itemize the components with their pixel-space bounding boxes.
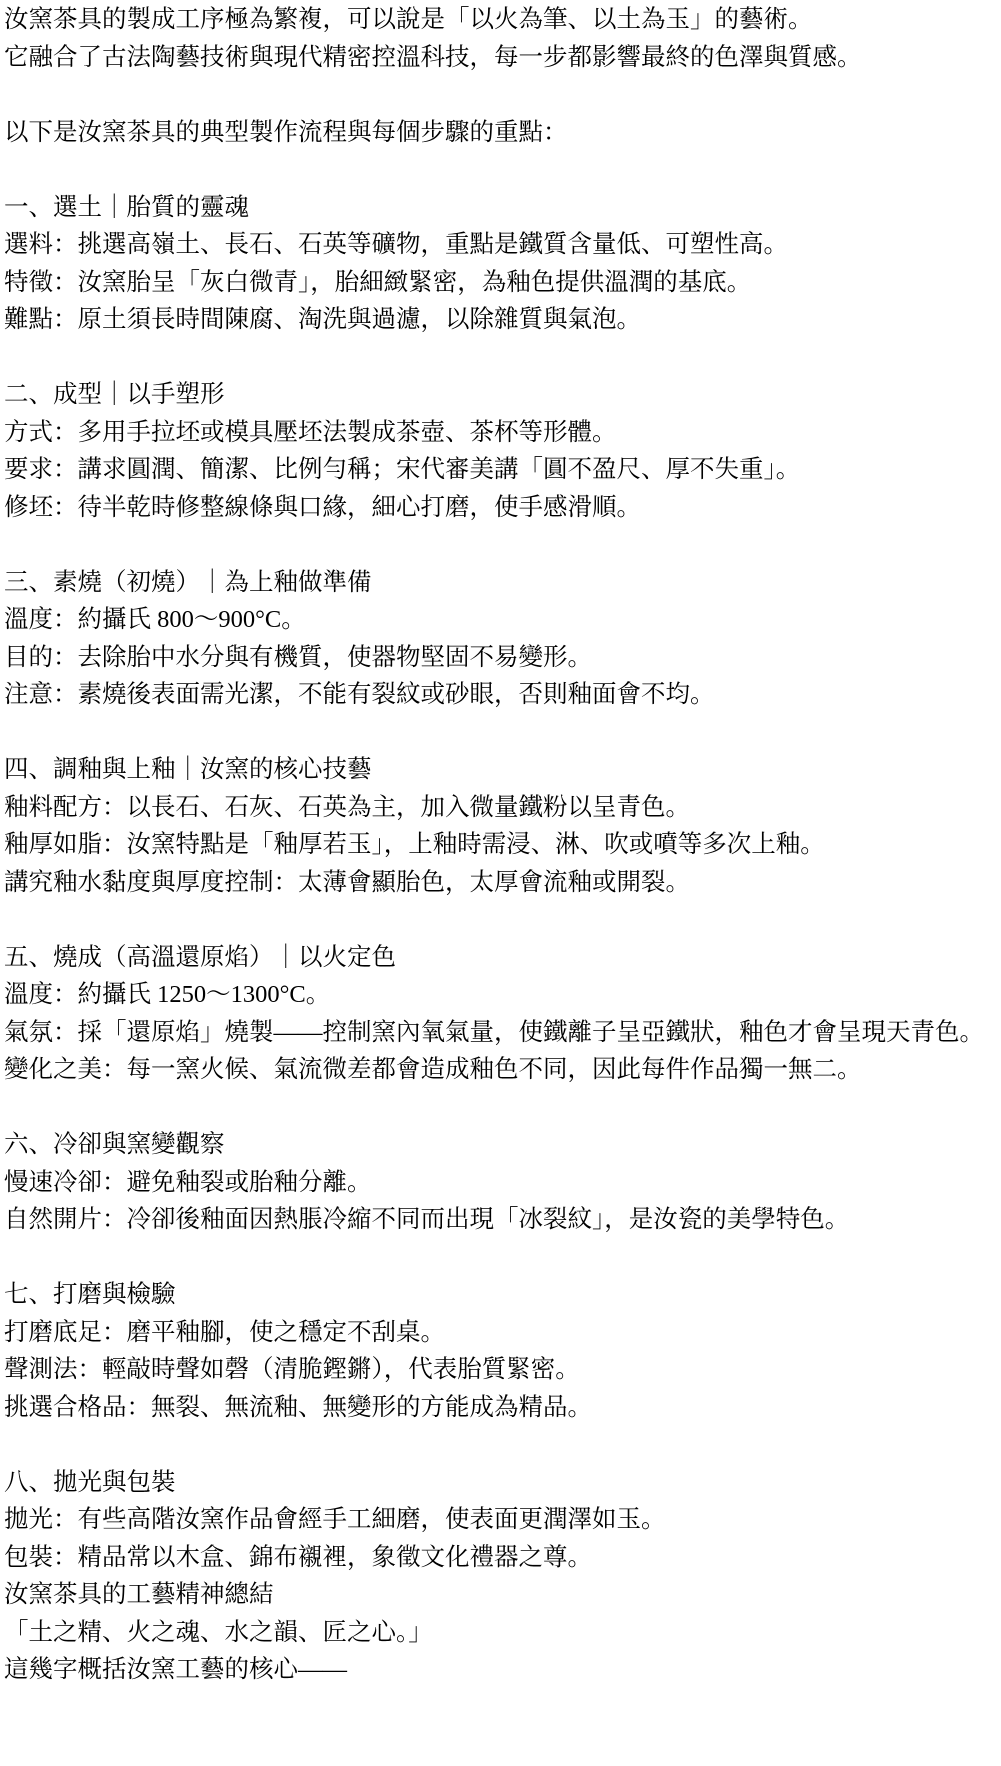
blank-line xyxy=(4,1089,995,1127)
lead-line: 以下是汝窯茶具的典型製作流程與每個步驟的重點： xyxy=(4,114,995,152)
section-line: 注意：素燒後表面需光潔，不能有裂紋或砂眼，否則釉面會不均。 xyxy=(4,676,995,714)
section-line: 「土之精、火之魂、水之韻、匠之心。」 xyxy=(4,1614,995,1652)
section-line: 變化之美：每一窯火候、氣流微差都會造成釉色不同，因此每件作品獨一無二。 xyxy=(4,1051,995,1089)
section-line: 釉料配方：以長石、石灰、石英為主，加入微量鐵粉以呈青色。 xyxy=(4,789,995,827)
section-heading: 一、選土｜胎質的靈魂 xyxy=(4,189,995,227)
section-heading: 六、冷卻與窯變觀察 xyxy=(4,1126,995,1164)
section-line: 這幾字概括汝窯工藝的核心—— xyxy=(4,1651,995,1689)
section-line: 釉厚如脂：汝窯特點是「釉厚若玉」，上釉時需浸、淋、吹或噴等多次上釉。 xyxy=(4,826,995,864)
section-line: 汝窯茶具的工藝精神總結 xyxy=(4,1576,995,1614)
section-line: 特徵：汝窯胎呈「灰白微青」，胎細緻緊密，為釉色提供溫潤的基底。 xyxy=(4,264,995,302)
section-heading: 八、拋光與包裝 xyxy=(4,1464,995,1502)
section-heading: 三、素燒（初燒）｜為上釉做準備 xyxy=(4,564,995,602)
section-line: 拋光：有些高階汝窯作品會經手工細磨，使表面更潤澤如玉。 xyxy=(4,1501,995,1539)
section-heading: 四、調釉與上釉｜汝窯的核心技藝 xyxy=(4,751,995,789)
section-heading: 五、燒成（高溫還原焰）｜以火定色 xyxy=(4,939,995,977)
section-heading: 七、打磨與檢驗 xyxy=(4,1276,995,1314)
intro-line: 汝窯茶具的製成工序極為繁複，可以說是「以火為筆、以土為玉」的藝術。 xyxy=(4,1,995,39)
section-line: 難點：原土須長時間陳腐、淘洗與過濾，以除雜質與氣泡。 xyxy=(4,301,995,339)
section-line: 包裝：精品常以木盒、錦布襯裡，象徵文化禮器之尊。 xyxy=(4,1539,995,1577)
blank-line xyxy=(4,339,995,377)
section-line: 聲測法：輕敲時聲如磬（清脆鏗鏘），代表胎質緊密。 xyxy=(4,1351,995,1389)
section-line: 溫度：約攝氏 800～900°C。 xyxy=(4,601,995,639)
blank-line xyxy=(4,526,995,564)
blank-line xyxy=(4,1426,995,1464)
document: 汝窯茶具的製成工序極為繁複，可以說是「以火為筆、以土為玉」的藝術。它融合了古法陶… xyxy=(0,0,1001,1766)
section-line: 目的：去除胎中水分與有機質，使器物堅固不易變形。 xyxy=(4,639,995,677)
section-line: 慢速冷卻：避免釉裂或胎釉分離。 xyxy=(4,1164,995,1202)
section-line: 溫度：約攝氏 1250～1300°C。 xyxy=(4,976,995,1014)
section-line: 挑選合格品：無裂、無流釉、無變形的方能成為精品。 xyxy=(4,1389,995,1427)
blank-line xyxy=(4,151,995,189)
section-heading: 二、成型｜以手塑形 xyxy=(4,376,995,414)
section-line: 選料：挑選高嶺土、長石、石英等礦物，重點是鐵質含量低、可塑性高。 xyxy=(4,226,995,264)
blank-line xyxy=(4,1239,995,1277)
blank-line xyxy=(4,714,995,752)
intro-line: 它融合了古法陶藝技術與現代精密控溫科技，每一步都影響最終的色澤與質感。 xyxy=(4,39,995,77)
section-line: 方式：多用手拉坯或模具壓坯法製成茶壺、茶杯等形體。 xyxy=(4,414,995,452)
section-line: 講究釉水黏度與厚度控制：太薄會顯胎色，太厚會流釉或開裂。 xyxy=(4,864,995,902)
section-line: 打磨底足：磨平釉腳，使之穩定不刮桌。 xyxy=(4,1314,995,1352)
section-line: 要求：講求圓潤、簡潔、比例勻稱；宋代審美講「圓不盈尺、厚不失重」。 xyxy=(4,451,995,489)
section-line: 氣氛：採「還原焰」燒製——控制窯內氧氣量，使鐵離子呈亞鐵狀，釉色才會呈現天青色。 xyxy=(4,1014,995,1052)
blank-line xyxy=(4,901,995,939)
section-line: 自然開片：冷卻後釉面因熱脹冷縮不同而出現「冰裂紋」，是汝瓷的美學特色。 xyxy=(4,1201,995,1239)
section-line: 修坯：待半乾時修整線條與口緣，細心打磨，使手感滑順。 xyxy=(4,489,995,527)
blank-line xyxy=(4,76,995,114)
